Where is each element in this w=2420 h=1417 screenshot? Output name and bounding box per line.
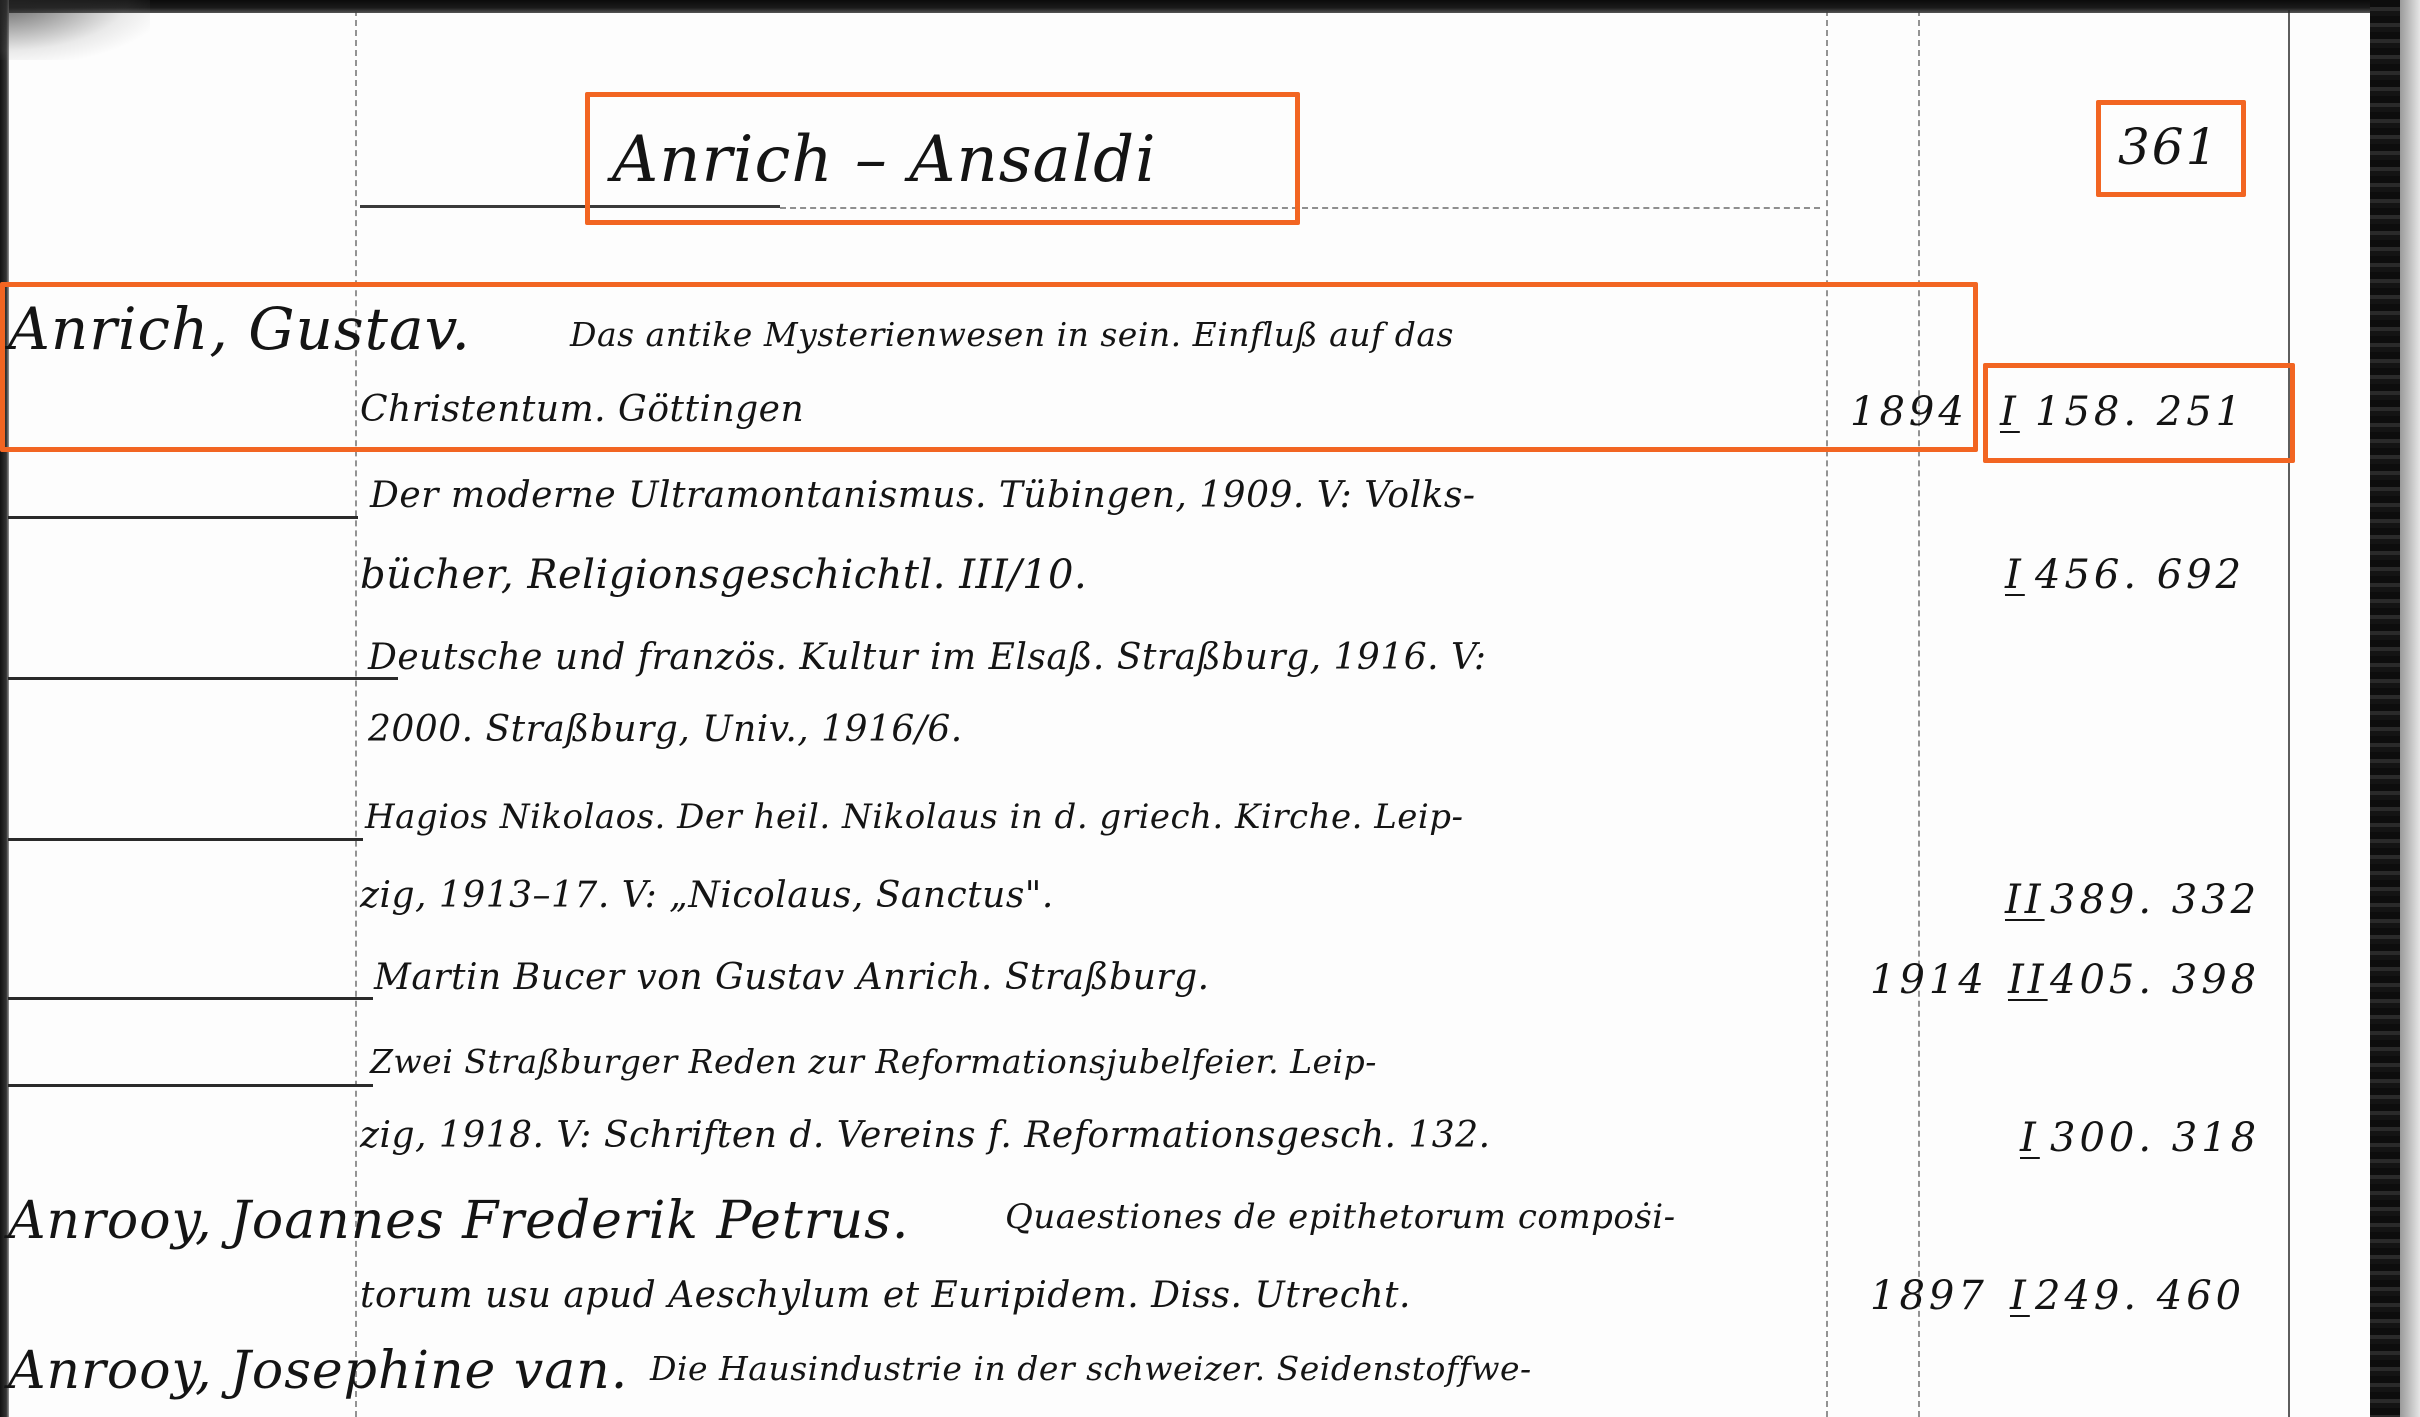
scan-top-edge [0, 0, 2420, 13]
catalog-card-page: Anrich – Ansaldi 361 Anrich, Gustav. Das… [0, 0, 2420, 1417]
entry-title-line: Der moderne Ultramontanismus. Tübingen, … [370, 478, 1476, 514]
entry-shelfmark: 405. 398 [2050, 960, 2260, 1000]
entry-title-line: Deutsche und französ. Kultur im Elsaß. S… [368, 640, 1487, 676]
highlight-box-first-shelfmark [1983, 363, 2295, 463]
ruling-volume-column [1918, 10, 1920, 1417]
scan-corner-shadow [0, 0, 150, 60]
entry-title-line: torum usu apud Aeschylum et Euripidem. D… [360, 1278, 1411, 1314]
entry-shelfmark-volume: I [2010, 1276, 2030, 1316]
entry-title-line: bücher, Religionsgeschichtl. III/10. [360, 555, 1087, 595]
ditto-dash [8, 838, 363, 841]
entry-shelfmark: 249. 460 [2035, 1276, 2245, 1316]
entry-author: Anrooy, Josephine van. [8, 1345, 628, 1397]
ruling-year-column [1826, 10, 1828, 1417]
entry-year: 1914 [1870, 960, 1988, 1000]
scan-right-margin [2400, 0, 2420, 1417]
entry-shelfmark-volume: I [2020, 1118, 2040, 1158]
ditto-dash [8, 677, 398, 680]
highlight-box-page-number [2096, 100, 2246, 197]
entry-shelfmark-volume: II [2005, 880, 2045, 920]
ruling-shelfmark-column [2288, 10, 2290, 1417]
entry-year: 1897 [1870, 1276, 1988, 1316]
entry-title-line: Die Hausindustrie in der schweizer. Seid… [650, 1352, 1532, 1385]
entry-title-line: 2000. Straßburg, Univ., 1916/6. [368, 712, 963, 748]
entry-shelfmark-volume: II [2008, 960, 2048, 1000]
entry-author: Anrooy, Joannes Frederik Petrus. [8, 1195, 909, 1247]
highlight-box-first-entry [0, 282, 1978, 452]
entry-title-line: Zwei Straßburger Reden zur Reformationsj… [370, 1045, 1377, 1078]
ditto-dash [8, 997, 373, 1000]
entry-title-line: zig, 1918. V: Schriften d. Vereins f. Re… [360, 1118, 1491, 1154]
entry-title-line: Hagios Nikolaos. Der heil. Nikolaus in d… [365, 800, 1464, 834]
entry-shelfmark: 389. 332 [2050, 880, 2260, 920]
ditto-dash [8, 1084, 373, 1087]
entry-shelfmark: 456. 692 [2035, 555, 2245, 595]
highlight-box-heading [585, 92, 1300, 225]
entry-title-line: Martin Bucer von Gustav Anrich. Straßbur… [374, 960, 1210, 996]
entry-shelfmark: 300. 318 [2050, 1118, 2260, 1158]
entry-title-line: Quaestiones de epithetorum compoṡi- [1005, 1200, 1676, 1234]
scan-right-edge [2370, 0, 2402, 1417]
ditto-dash [8, 516, 358, 519]
entry-title-line: zig, 1913–17. V: „Nicolaus, Sanctus". [360, 878, 1054, 914]
entry-shelfmark-volume: I [2005, 555, 2025, 595]
